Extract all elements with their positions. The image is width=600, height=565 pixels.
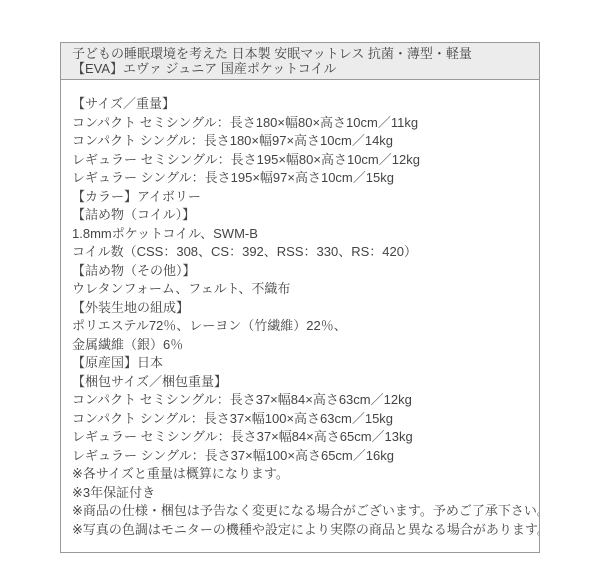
spec-line: コンパクト シングル：長さ37×幅100×高さ63cm／15kg — [72, 410, 528, 429]
spec-line: コイル数（CSS：308、CS：392、RSS：330、RS：420） — [72, 243, 528, 262]
spec-line: コンパクト セミシングル：長さ180×幅80×高さ10cm／11kg — [72, 114, 528, 133]
spec-line: ポリエステル72％、レーヨン（竹繊維）22％、 — [72, 317, 528, 336]
spec-line: 【サイズ／重量】 — [72, 95, 528, 114]
spec-line: コンパクト セミシングル：長さ37×幅84×高さ63cm／12kg — [72, 391, 528, 410]
product-title-line2: 【EVA】エヴァ ジュニア 国産ポケットコイル — [72, 62, 528, 77]
spec-line: レギュラー セミシングル：長さ195×幅80×高さ10cm／12kg — [72, 151, 528, 170]
spec-line: 【梱包サイズ／梱包重量】 — [72, 373, 528, 392]
product-title-line1: 子どもの睡眠環境を考えた 日本製 安眠マットレス 抗菌・薄型・軽量 — [72, 47, 528, 62]
spec-line: ※各サイズと重量は概算になります。 — [72, 465, 528, 484]
spec-line: レギュラー セミシングル：長さ37×幅84×高さ65cm／13kg — [72, 428, 528, 447]
spec-line: ※商品の仕様・梱包は予告なく変更になる場合がございます。予めご了承下さい。 — [72, 502, 528, 521]
spec-line: ※写真の色調はモニターの機種や設定により実際の商品と異なる場合があります。 — [72, 521, 528, 540]
spec-line: 【詰め物（その他）】 — [72, 262, 528, 281]
spec-line: 【カラー】アイボリー — [72, 188, 528, 207]
spec-line: ※3年保証付き — [72, 484, 528, 503]
spec-line: 【原産国】日本 — [72, 354, 528, 373]
spec-line: レギュラー シングル：長さ37×幅100×高さ65cm／16kg — [72, 447, 528, 466]
product-title-header: 子どもの睡眠環境を考えた 日本製 安眠マットレス 抗菌・薄型・軽量 【EVA】エ… — [61, 43, 539, 80]
spec-line: ウレタンフォーム、フェルト、不織布 — [72, 280, 528, 299]
spec-line: コンパクト シングル：長さ180×幅97×高さ10cm／14kg — [72, 132, 528, 151]
spec-line: 金属繊維（銀）6％ — [72, 336, 528, 355]
product-spec-panel: 子どもの睡眠環境を考えた 日本製 安眠マットレス 抗菌・薄型・軽量 【EVA】エ… — [60, 42, 540, 553]
spec-body: 【サイズ／重量】コンパクト セミシングル：長さ180×幅80×高さ10cm／11… — [61, 80, 539, 552]
spec-line: レギュラー シングル：長さ195×幅97×高さ10cm／15kg — [72, 169, 528, 188]
spec-line: 【詰め物（コイル）】 — [72, 206, 528, 225]
spec-line: 【外装生地の組成】 — [72, 299, 528, 318]
spec-line: 1.8mmポケットコイル、SWM-B — [72, 225, 528, 244]
